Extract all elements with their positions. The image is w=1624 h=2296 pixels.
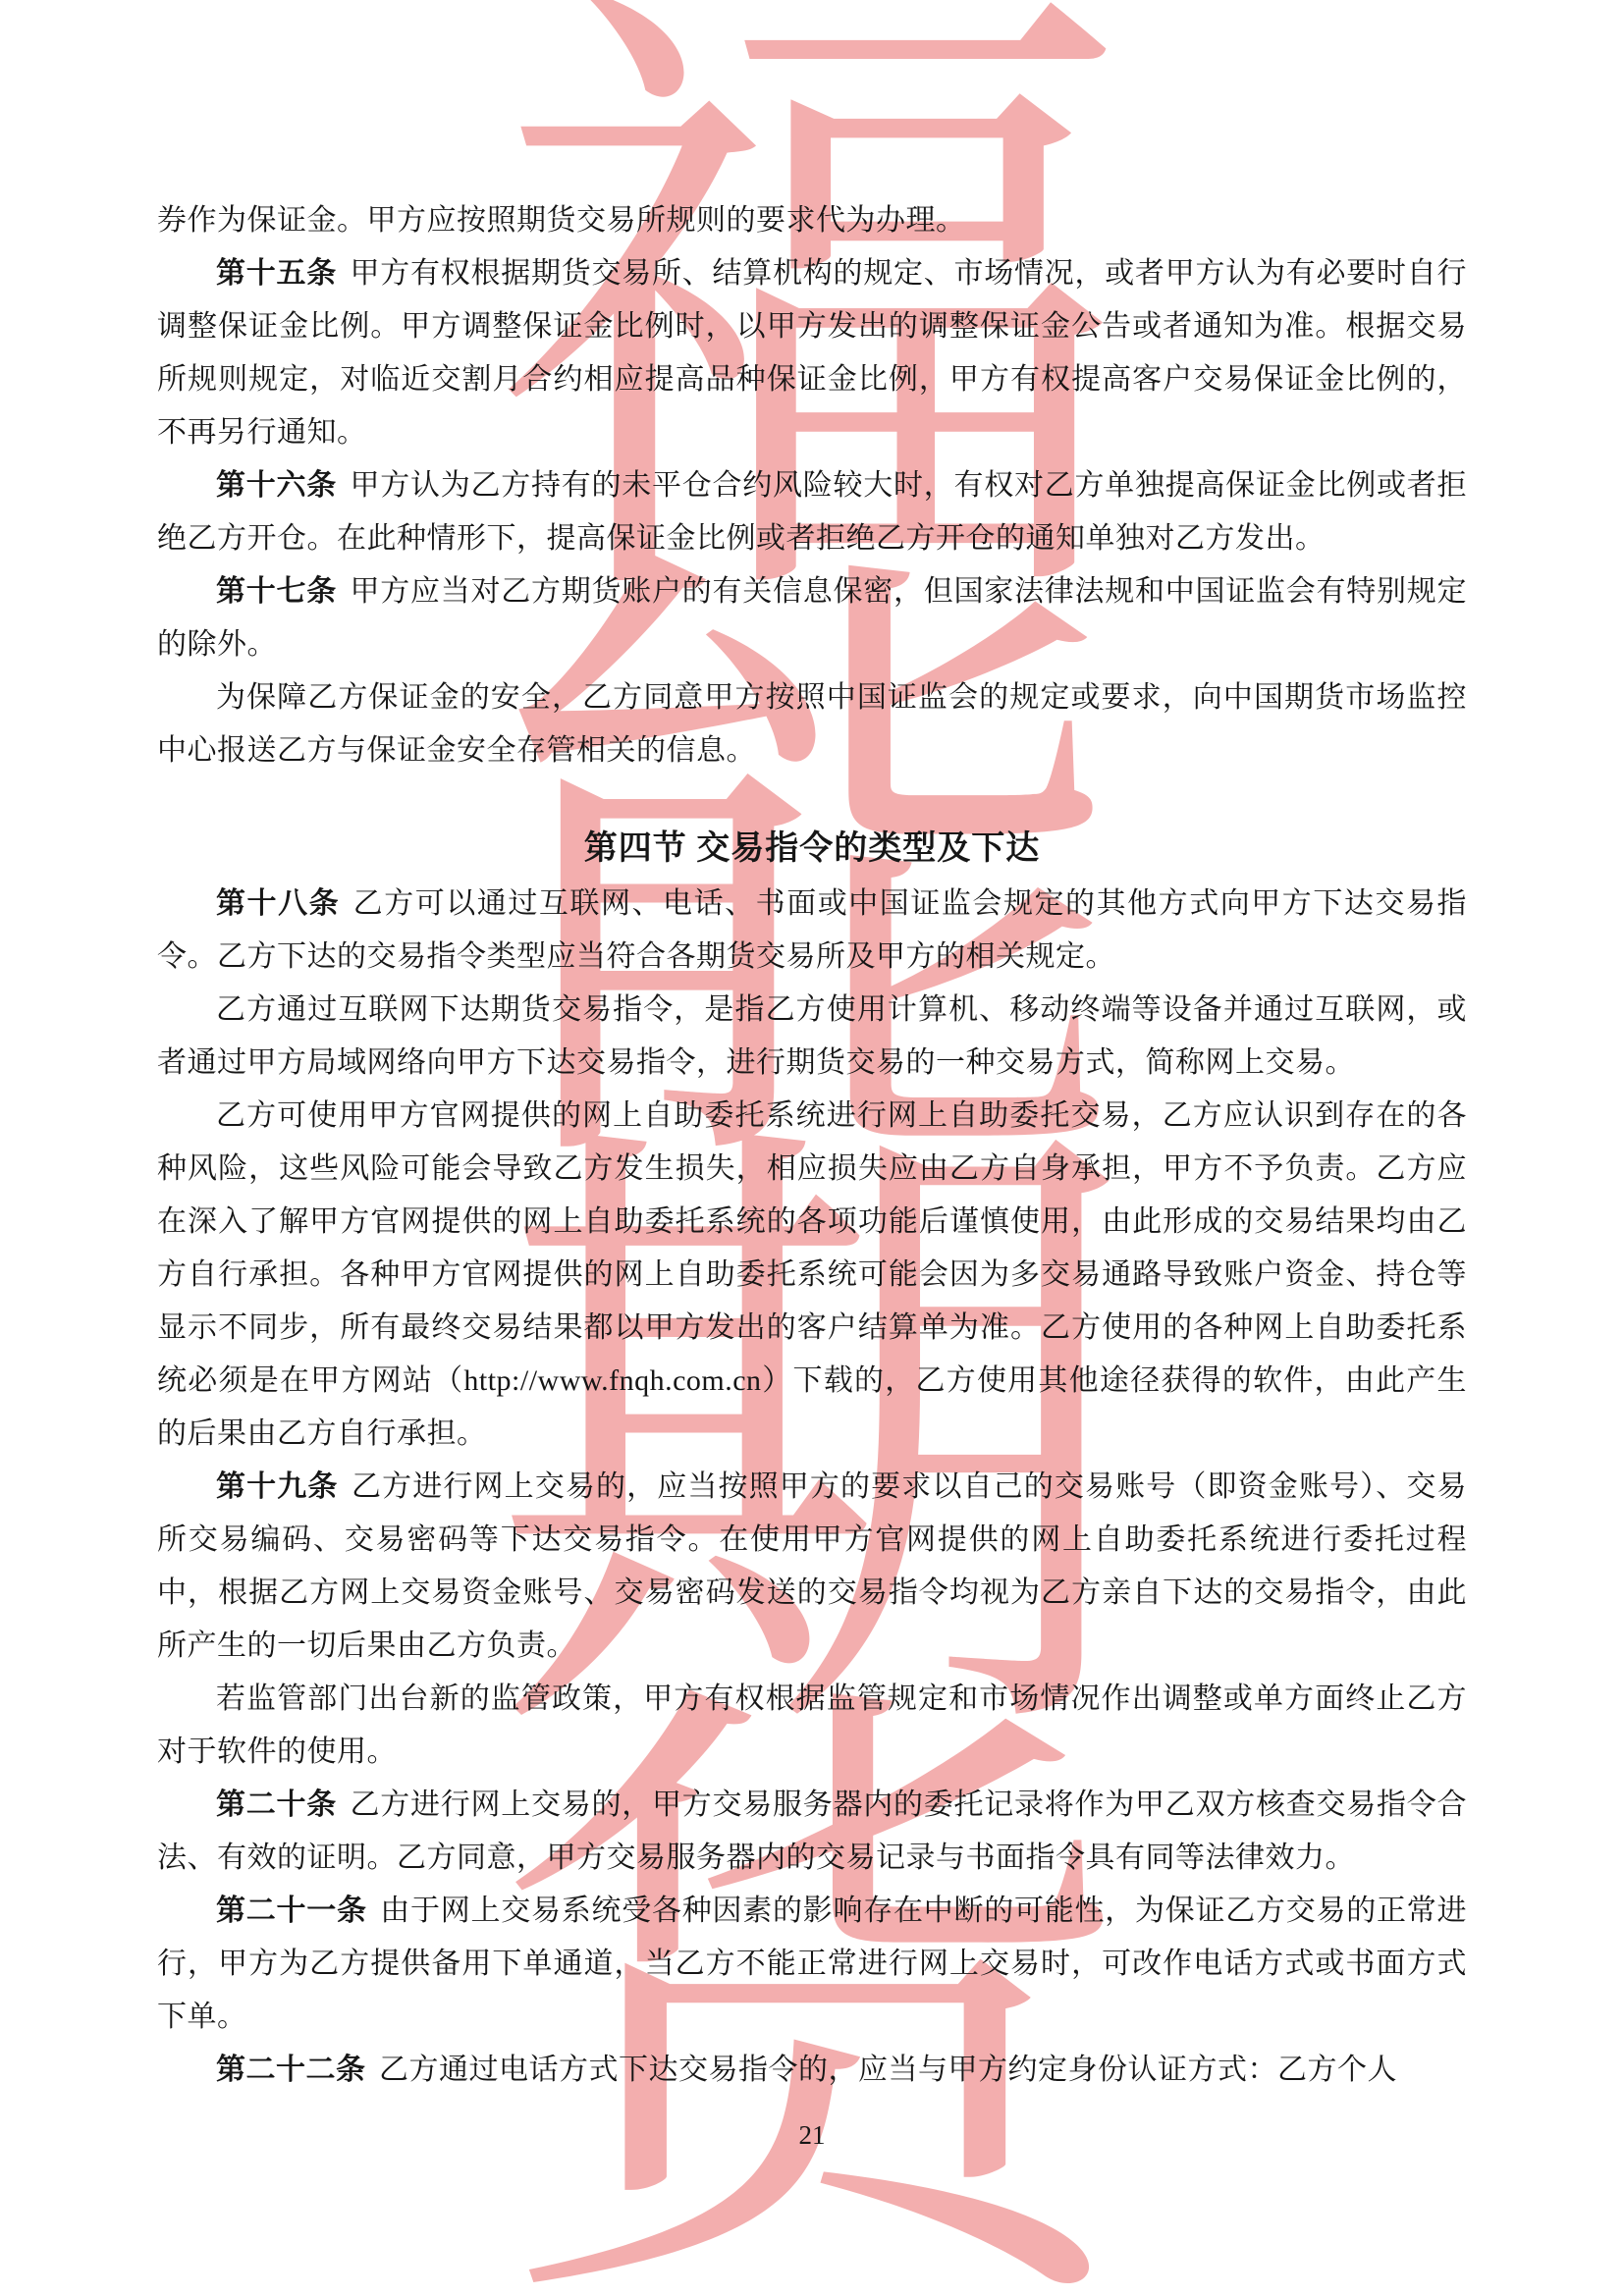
paragraph-text: 甲方有权根据期货交易所、结算机构的规定、市场情况，或者甲方认为有必要时自行调整保… — [157, 257, 1467, 449]
contract-text: 券作为保证金。甲方应按照期货交易所规则的要求代为办理。第十五条甲方有权根据期货交… — [157, 194, 1467, 2097]
paragraph: 第二十一条由于网上交易系统受各种因素的影响存在中断的可能性，为保证乙方交易的正常… — [157, 1885, 1467, 2044]
paragraph-text: 乙方进行网上交易的，应当按照甲方的要求以自己的交易账号（即资金账号）、交易所交易… — [157, 1470, 1467, 1662]
document-page: 福 能 期 货 券作为保证金。甲方应按照期货交易所规则的要求代为办理。第十五条甲… — [0, 0, 1624, 2296]
paragraph-text: 乙方通过互联网下达期货交易指令，是指乙方使用计算机、移动终端等设备并通过互联网，… — [157, 993, 1467, 1079]
paragraph: 第二十二条乙方通过电话方式下达交易指令的，应当与甲方约定身份认证方式：乙方个人 — [157, 2044, 1467, 2097]
paragraph: 第十九条乙方进行网上交易的，应当按照甲方的要求以自己的交易账号（即资金账号）、交… — [157, 1461, 1467, 1673]
clause-number: 第二十条 — [216, 1789, 337, 1821]
clauses-before-heading: 券作为保证金。甲方应按照期货交易所规则的要求代为办理。第十五条甲方有权根据期货交… — [157, 194, 1467, 777]
paragraph: 第二十条乙方进行网上交易的，甲方交易服务器内的委托记录将作为甲乙双方核查交易指令… — [157, 1779, 1467, 1885]
section-heading: 第四节 交易指令的类型及下达 — [157, 821, 1467, 878]
clause-number: 第十七条 — [216, 575, 337, 608]
paragraph-text: 甲方应当对乙方期货账户的有关信息保密，但国家法律法规和中国证监会有特别规定的除外… — [157, 575, 1467, 661]
paragraph-text: 乙方可使用甲方官网提供的网上自助委托系统进行网上自助委托交易，乙方应认识到存在的… — [157, 1099, 1467, 1450]
clause-number: 第十九条 — [216, 1470, 339, 1503]
clause-number: 第二十一条 — [216, 1895, 367, 1927]
clauses-after-heading: 第十八条乙方可以通过互联网、电话、书面或中国证监会规定的其他方式向甲方下达交易指… — [157, 878, 1467, 2097]
paragraph-text: 若监管部门出台新的监管政策，甲方有权根据监管规定和市场情况作出调整或单方面终止乙… — [157, 1682, 1467, 1768]
paragraph: 第十七条甲方应当对乙方期货账户的有关信息保密，但国家法律法规和中国证监会有特别规… — [157, 565, 1467, 671]
clause-number: 第十五条 — [216, 257, 337, 290]
paragraph-text: 为保障乙方保证金的安全，乙方同意甲方按照中国证监会的规定或要求，向中国期货市场监… — [157, 681, 1467, 767]
paragraph: 第十五条甲方有权根据期货交易所、结算机构的规定、市场情况，或者甲方认为有必要时自… — [157, 247, 1467, 459]
paragraph-text: 乙方可以通过互联网、电话、书面或中国证监会规定的其他方式向甲方下达交易指令。乙方… — [157, 887, 1467, 973]
clause-number: 第十八条 — [216, 887, 340, 920]
paragraph-text: 甲方认为乙方持有的未平仓合约风险较大时，有权对乙方单独提高保证金比例或者拒绝乙方… — [157, 469, 1467, 555]
paragraph-text: 乙方进行网上交易的，甲方交易服务器内的委托记录将作为甲乙双方核查交易指令合法、有… — [157, 1789, 1467, 1874]
clause-number: 第二十二条 — [216, 2054, 366, 2086]
paragraph: 乙方通过互联网下达期货交易指令，是指乙方使用计算机、移动终端等设备并通过互联网，… — [157, 984, 1467, 1090]
paragraph: 乙方可使用甲方官网提供的网上自助委托系统进行网上自助委托交易，乙方应认识到存在的… — [157, 1090, 1467, 1461]
clause-number: 第十六条 — [216, 469, 337, 502]
paragraph: 若监管部门出台新的监管政策，甲方有权根据监管规定和市场情况作出调整或单方面终止乙… — [157, 1673, 1467, 1779]
page-number: 21 — [0, 2120, 1624, 2150]
paragraph: 第十六条甲方认为乙方持有的未平仓合约风险较大时，有权对乙方单独提高保证金比例或者… — [157, 459, 1467, 565]
paragraph: 为保障乙方保证金的安全，乙方同意甲方按照中国证监会的规定或要求，向中国期货市场监… — [157, 671, 1467, 777]
paragraph-text: 券作为保证金。甲方应按照期货交易所规则的要求代为办理。 — [157, 204, 966, 237]
paragraph: 第十八条乙方可以通过互联网、电话、书面或中国证监会规定的其他方式向甲方下达交易指… — [157, 878, 1467, 984]
paragraph: 券作为保证金。甲方应按照期货交易所规则的要求代为办理。 — [157, 194, 1467, 247]
paragraph-text: 乙方通过电话方式下达交易指令的，应当与甲方约定身份认证方式：乙方个人 — [379, 2054, 1397, 2086]
